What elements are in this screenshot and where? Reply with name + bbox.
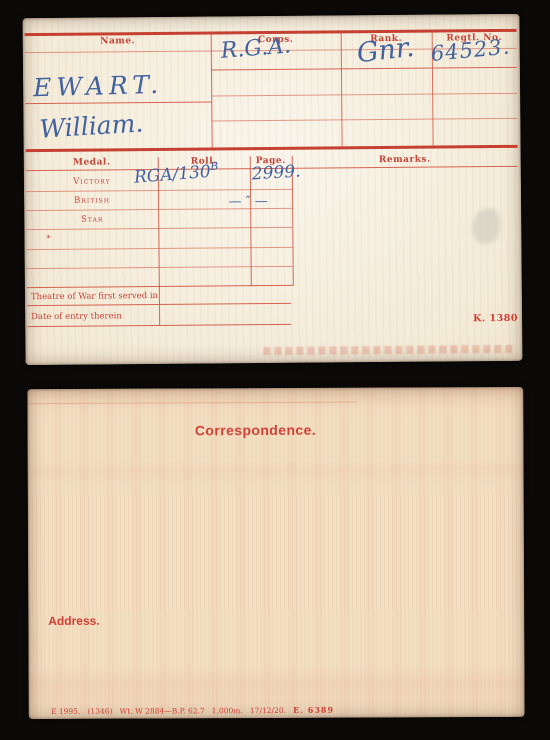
corps-rank-divider: [341, 30, 343, 149]
roll-number: RGA/130: [133, 162, 211, 188]
forename-handwriting: William.: [39, 110, 144, 141]
name-column-header: Name.: [25, 36, 211, 48]
medal-index-card-front: Name. Corps. Rank. Regtl. No. R.G.A. Gnr…: [22, 14, 522, 365]
roll-superscript: B: [210, 160, 219, 174]
british-medal-label: British: [26, 195, 158, 206]
remarks-column-header: Remarks.: [292, 154, 518, 166]
faded-print-strip: [263, 345, 515, 355]
imprint-code: E. 6389: [293, 705, 334, 715]
surname-underline: [25, 102, 211, 105]
correspondence-heading: Correspondence.: [27, 421, 483, 439]
date-of-entry-label: Date of entry therein: [31, 311, 122, 322]
name-corps-divider: [211, 32, 213, 151]
star-medal-label: Star: [26, 214, 158, 225]
scan-background: Name. Corps. Rank. Regtl. No. R.G.A. Gnr…: [0, 0, 550, 740]
surname-handwriting: EWART.: [33, 72, 164, 100]
address-label: Address.: [48, 614, 99, 628]
card-reference-code: K. 1380: [473, 313, 518, 324]
corps-entry-handwriting: R.G.A.: [220, 35, 292, 62]
asterisk-mark: *: [46, 234, 50, 244]
rank-entry-handwriting: Gnr.: [355, 34, 415, 67]
victory-page-handwriting: 2999.: [251, 163, 301, 183]
medal-index-card-back: Correspondence. Address. E 1995. (1346) …: [27, 387, 524, 719]
paper-watermark: [472, 208, 500, 244]
regtl-no-entry-handwriting: 64523.: [430, 37, 511, 66]
section-divider-rule: [26, 145, 518, 152]
writing-line-2: [211, 93, 517, 97]
theatre-of-war-label: Theatre of War first served in: [31, 291, 158, 302]
bleed-through-line: [27, 402, 357, 404]
british-ditto-mark: — ″ —: [208, 195, 288, 209]
writing-line-3: [211, 118, 517, 122]
printer-imprint-line: E 1995. (1346) Wt. W 2884—B.P. 62.7 1,00…: [37, 696, 334, 725]
imprint-text: E 1995. (1346) Wt. W 2884—B.P. 62.7 1,00…: [51, 706, 293, 716]
